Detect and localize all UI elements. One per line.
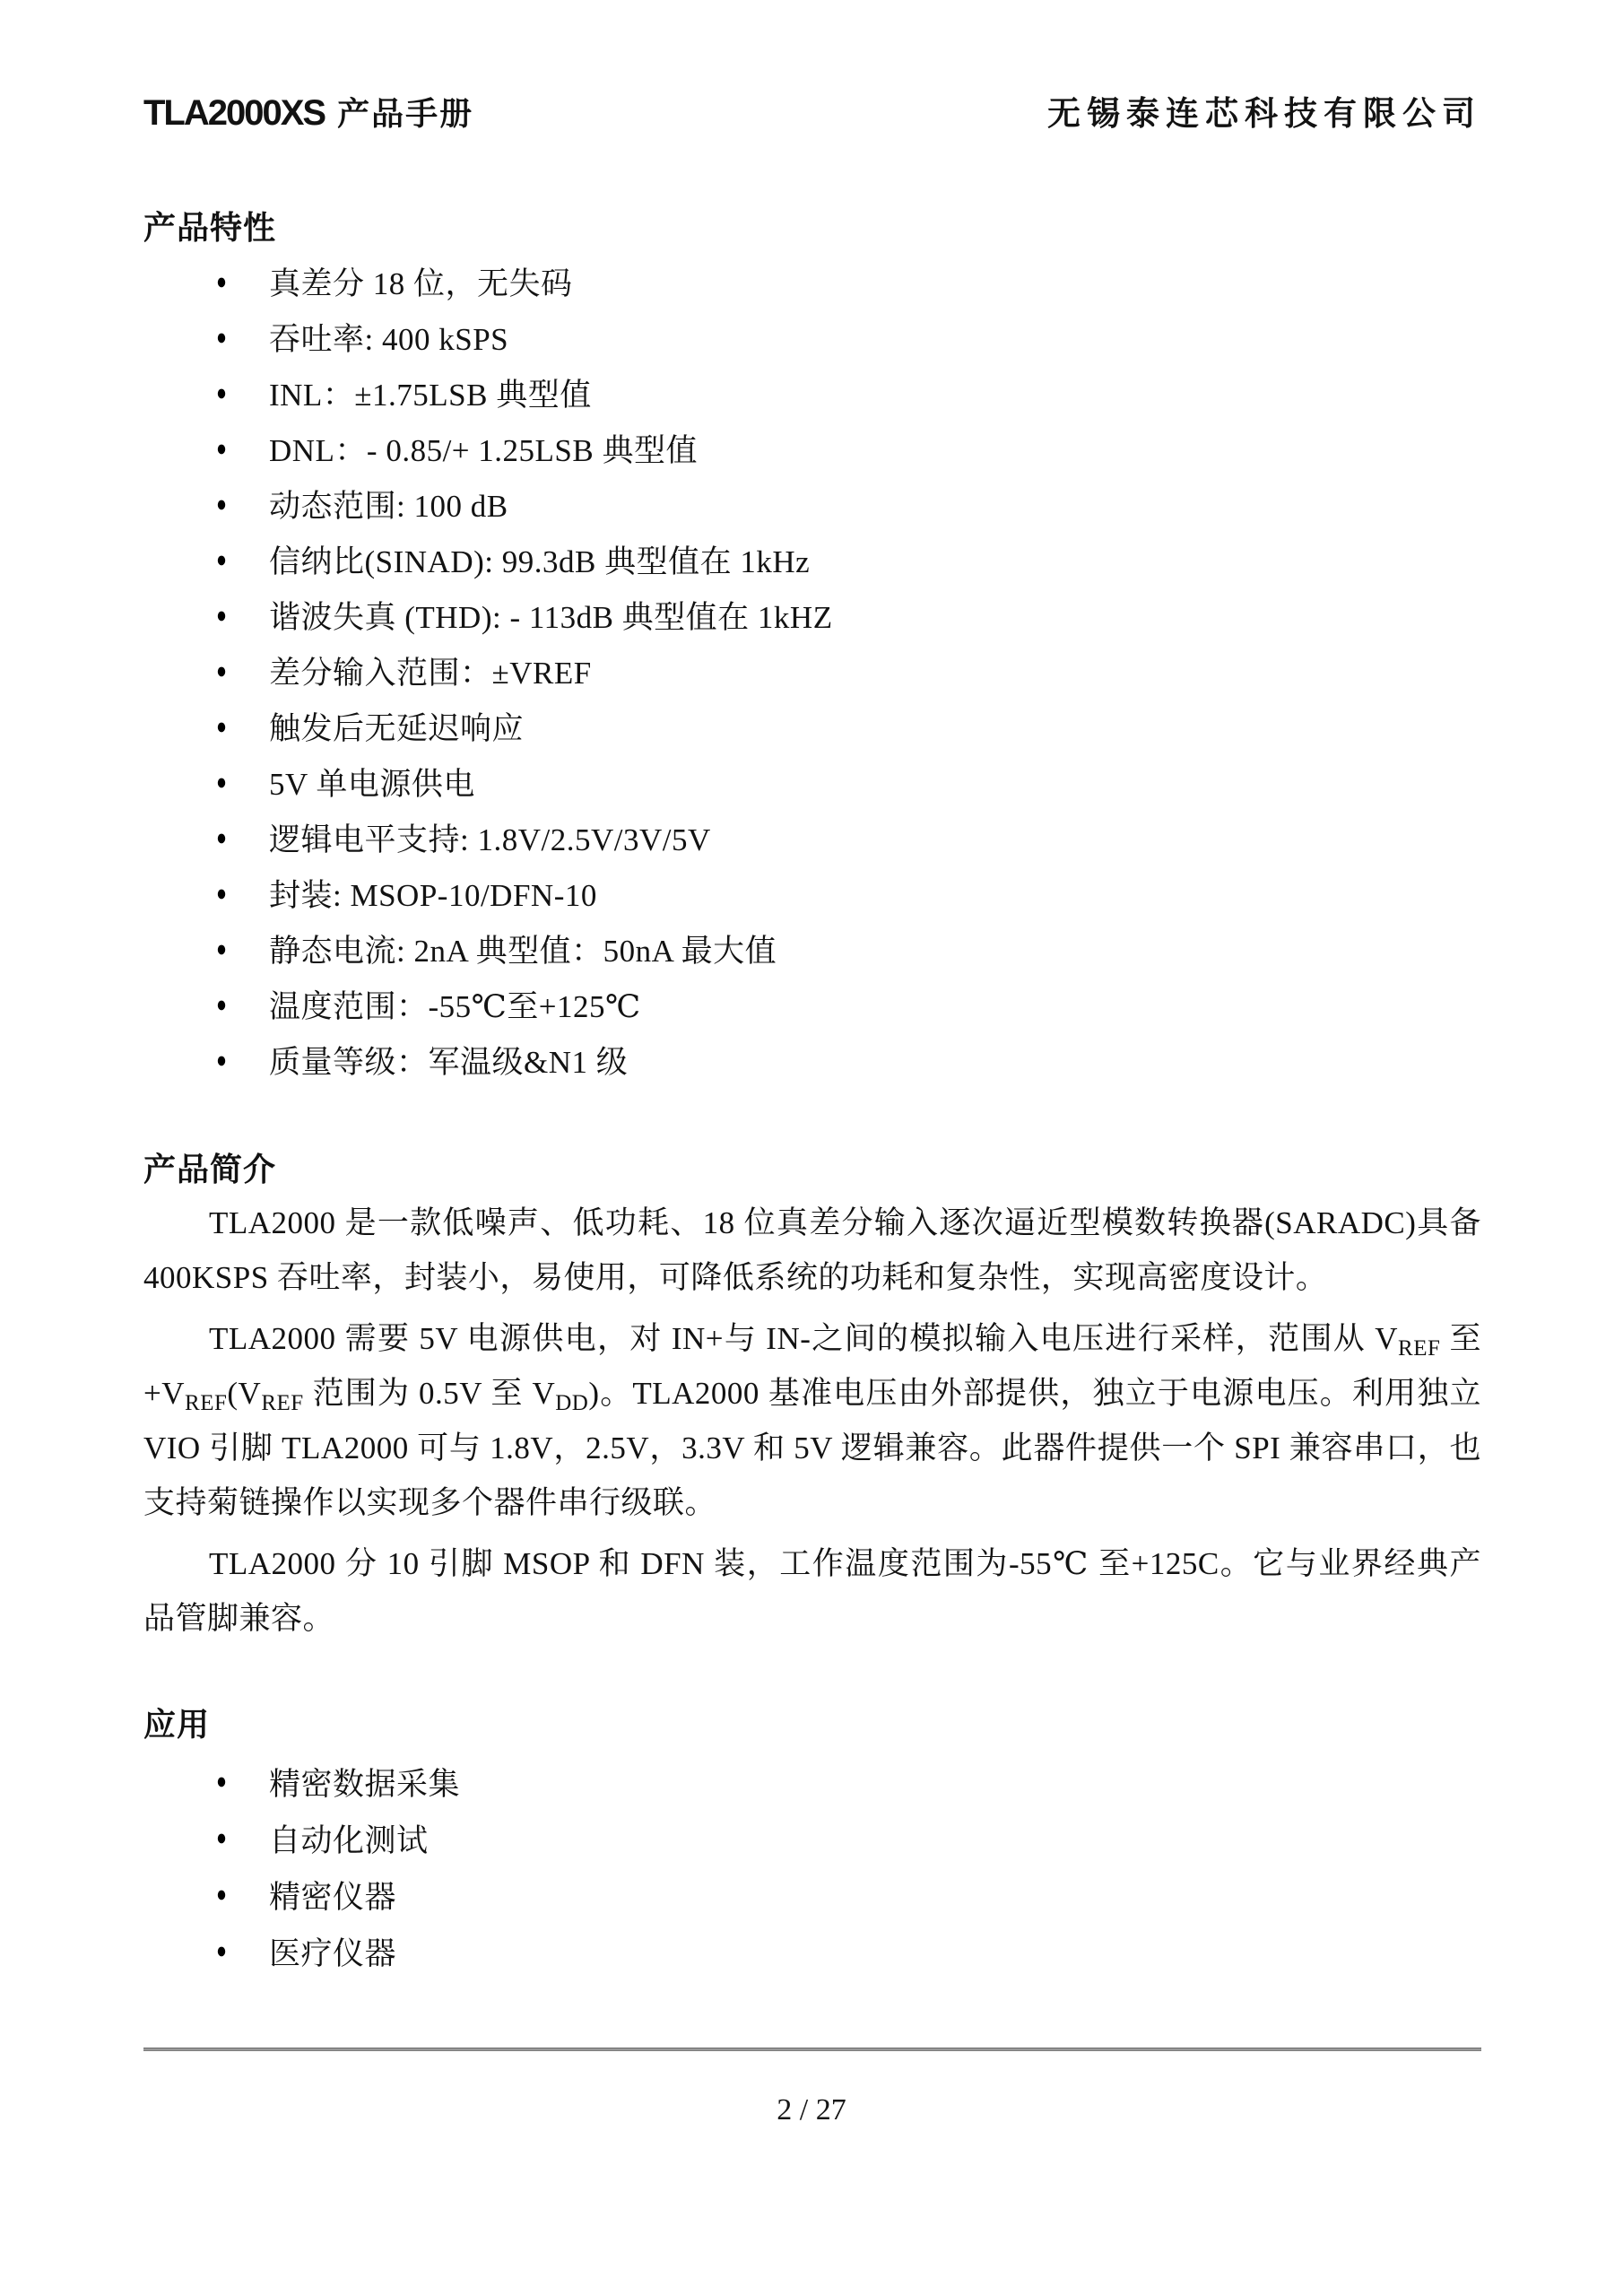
document-title: TLA2000XS 产品手册 — [143, 89, 473, 135]
intro-paragraph-3: TLA2000 分 10 引脚 MSOP 和 DFN 装，工作温度范围为-55℃… — [143, 1536, 1481, 1646]
feature-text: 真差分 18 位，无失码 — [269, 259, 573, 304]
bullet-icon: ● — [216, 1827, 236, 1849]
intro-paragraph-1: TLA2000 是一款低噪声、低功耗、18 位真差分输入逐次逼近型模数转换器(S… — [143, 1196, 1481, 1305]
feature-item: ●封装: MSOP-10/DFN-10 — [143, 865, 1481, 921]
feature-text: 动态范围: 100 dB — [269, 482, 508, 526]
bullet-icon: ● — [216, 716, 236, 738]
bullet-icon: ● — [216, 1883, 236, 1906]
intro-paragraph-2: TLA2000 需要 5V 电源供电，对 IN+与 IN-之间的模拟输入电压进行… — [143, 1311, 1481, 1530]
feature-item: ●温度范围：-55℃至+125℃ — [143, 977, 1481, 1032]
bullet-icon: ● — [216, 271, 236, 293]
intro-heading: 产品简介 — [143, 1150, 276, 1189]
feature-text: DNL：- 0.85/+ 1.25LSB 典型值 — [269, 426, 698, 471]
document-type: 产品手册 — [337, 89, 473, 135]
bullet-icon: ● — [216, 604, 236, 627]
feature-item: ●动态范围: 100 dB — [143, 476, 1481, 532]
feature-text: 谐波失真 (THD): - 113dB 典型值在 1kHZ — [269, 593, 833, 638]
company-name: 无锡泰连芯科技有限公司 — [1047, 86, 1481, 135]
intro-paragraphs: TLA2000 是一款低噪声、低功耗、18 位真差分输入逐次逼近型模数转换器(S… — [143, 1196, 1481, 1652]
application-text: 精密仪器 — [269, 1873, 396, 1918]
bullet-icon: ● — [216, 994, 236, 1016]
bullet-icon: ● — [216, 771, 236, 794]
product-model: TLA2000XS — [143, 93, 325, 134]
feature-text: 温度范围：-55℃至+125℃ — [269, 982, 641, 1027]
applications-list: ●精密数据采集 ●自动化测试 ●精密仪器 ●医疗仪器 — [143, 1753, 1481, 1979]
bullet-icon: ● — [216, 1940, 236, 1962]
feature-text: 质量等级：军温级&N1 级 — [269, 1038, 628, 1083]
subscript-ref: REF — [185, 1391, 227, 1415]
application-item: ●自动化测试 — [143, 1810, 1481, 1866]
application-text: 医疗仪器 — [269, 1929, 396, 1974]
bullet-icon: ● — [216, 660, 236, 683]
feature-text: INL：±1.75LSB 典型值 — [269, 370, 592, 415]
application-text: 自动化测试 — [269, 1816, 429, 1861]
feature-item: ●静态电流: 2nA 典型值：50nA 最大值 — [143, 921, 1481, 977]
feature-text: 静态电流: 2nA 典型值：50nA 最大值 — [269, 926, 777, 971]
feature-item: ●差分输入范围：±VREF — [143, 643, 1481, 699]
application-item: ●医疗仪器 — [143, 1923, 1481, 1979]
bullet-icon: ● — [216, 382, 236, 404]
bullet-icon: ● — [216, 938, 236, 961]
bullet-icon: ● — [216, 883, 236, 905]
bullet-icon: ● — [216, 1770, 236, 1793]
applications-heading: 应用 — [143, 1705, 210, 1744]
feature-item: ●质量等级：军温级&N1 级 — [143, 1032, 1481, 1088]
bullet-icon: ● — [216, 493, 236, 516]
features-heading: 产品特性 — [143, 208, 276, 248]
feature-item: ●吞吐率: 400 kSPS — [143, 309, 1481, 365]
application-text: 精密数据采集 — [269, 1760, 460, 1805]
feature-item: ●触发后无延迟响应 — [143, 699, 1481, 754]
feature-text: 信纳比(SINAD): 99.3dB 典型值在 1kHz — [269, 537, 810, 582]
bullet-icon: ● — [216, 326, 236, 349]
subscript-dd: DD — [555, 1391, 588, 1415]
feature-text: 差分输入范围：±VREF — [269, 648, 592, 693]
features-list: ●真差分 18 位，无失码 ●吞吐率: 400 kSPS ●INL：±1.75L… — [143, 254, 1481, 1088]
bullet-icon: ● — [216, 549, 236, 571]
feature-text: 5V 单电源供电 — [269, 760, 475, 804]
feature-item: ●真差分 18 位，无失码 — [143, 254, 1481, 309]
feature-text: 封装: MSOP-10/DFN-10 — [269, 871, 597, 916]
bullet-icon: ● — [216, 827, 236, 849]
bullet-icon: ● — [216, 1049, 236, 1072]
feature-item: ●DNL：- 0.85/+ 1.25LSB 典型值 — [143, 421, 1481, 476]
subscript-ref: REF — [261, 1391, 303, 1415]
feature-item: ●5V 单电源供电 — [143, 754, 1481, 810]
paragraph-text: (V — [227, 1376, 261, 1411]
application-item: ●精密数据采集 — [143, 1753, 1481, 1810]
feature-item: ●逻辑电平支持: 1.8V/2.5V/3V/5V — [143, 810, 1481, 865]
footer-rule — [143, 2048, 1481, 2051]
document-page: TLA2000XS 产品手册 无锡泰连芯科技有限公司 产品特性 ●真差分 18 … — [0, 0, 1623, 2296]
feature-item: ●谐波失真 (THD): - 113dB 典型值在 1kHZ — [143, 587, 1481, 643]
page-header: TLA2000XS 产品手册 无锡泰连芯科技有限公司 — [143, 86, 1481, 135]
application-item: ●精密仪器 — [143, 1866, 1481, 1923]
feature-text: 逻辑电平支持: 1.8V/2.5V/3V/5V — [269, 815, 711, 860]
feature-text: 吞吐率: 400 kSPS — [269, 315, 508, 360]
paragraph-text: TLA2000 需要 5V 电源供电，对 IN+与 IN-之间的模拟输入电压进行… — [209, 1321, 1398, 1356]
subscript-ref: REF — [1398, 1336, 1440, 1361]
bullet-icon: ● — [216, 438, 236, 460]
feature-item: ●信纳比(SINAD): 99.3dB 典型值在 1kHz — [143, 532, 1481, 587]
feature-item: ●INL：±1.75LSB 典型值 — [143, 365, 1481, 421]
page-number: 2 / 27 — [0, 2092, 1623, 2128]
feature-text: 触发后无延迟响应 — [269, 704, 524, 749]
paragraph-text: 范围为 0.5V 至 V — [304, 1376, 556, 1411]
